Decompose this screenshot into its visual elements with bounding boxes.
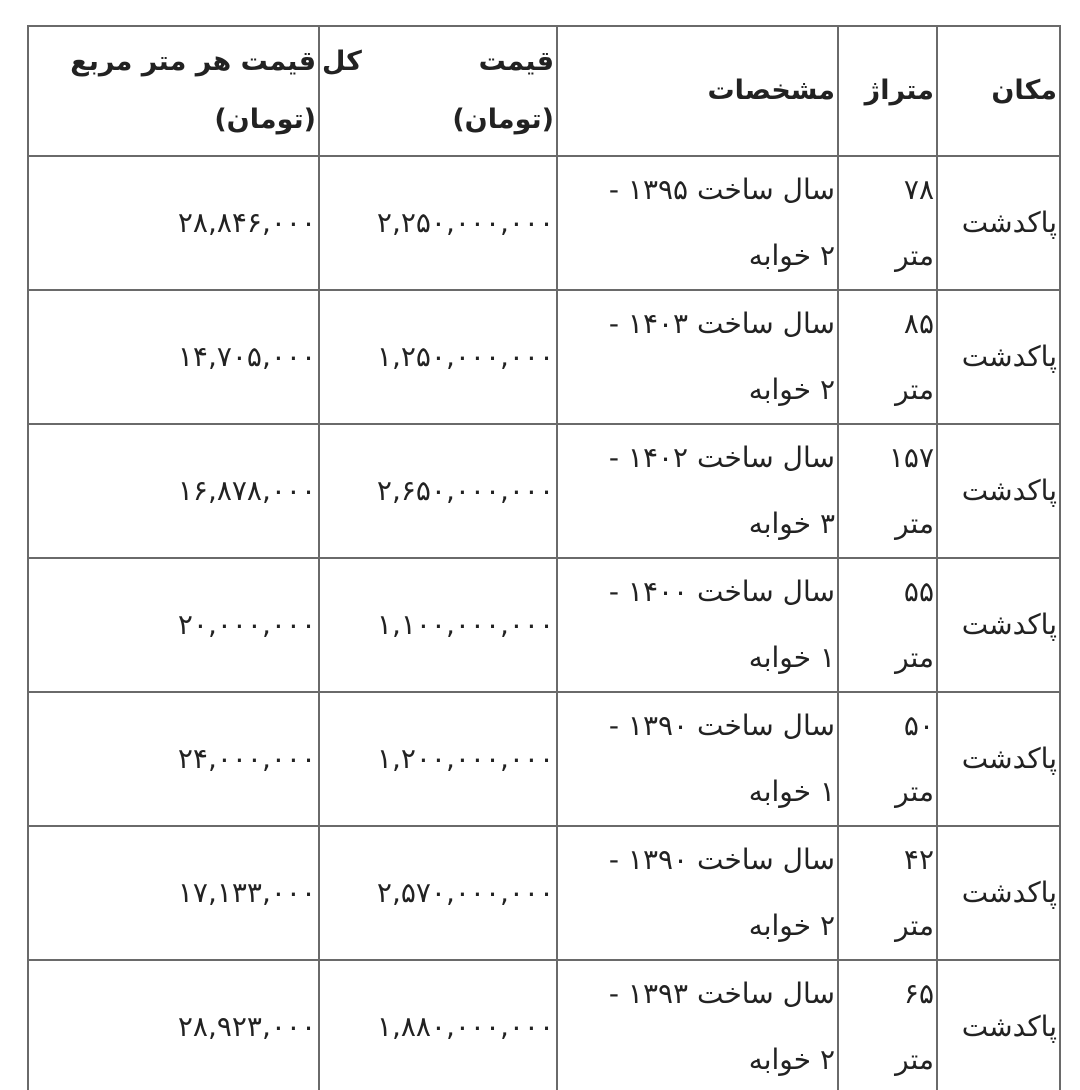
cell-specs: سال ساخت ۱۴۰۲ -۳ خوابه [557,424,838,558]
cell-location: پاکدشت [937,156,1060,290]
cell-location: پاکدشت [937,424,1060,558]
cell-area: ۵۰متر [838,692,937,826]
area-unit: متر [841,491,934,557]
cell-price-per-sqm: ۱۴,۷۰۵,۰۰۰ [28,290,319,424]
area-unit: متر [841,893,934,959]
table-row: پاکدشت ۶۵متر سال ساخت ۱۳۹۳ -۲ خوابه ۱,۸۸… [28,960,1060,1090]
cell-location: پاکدشت [937,692,1060,826]
header-price-per-sqm-label: قیمت هر متر مربع [31,33,316,91]
table-row: پاکدشت ۱۵۷متر سال ساخت ۱۴۰۲ -۳ خوابه ۲,۶… [28,424,1060,558]
header-area: متراژ [838,26,937,156]
header-price-per-sqm-unit: (تومان) [31,91,316,149]
area-value: ۷۸ [841,157,934,223]
header-total-price-line1: قیمت کل [322,33,554,91]
cell-specs: سال ساخت ۱۳۹۰ -۱ خوابه [557,692,838,826]
apartment-price-table: مکان متراژ مشخصات قیمت کل (تومان) قیمت ه… [27,25,1061,1090]
specs-build-year: سال ساخت ۱۴۰۲ - [560,425,835,491]
area-unit: متر [841,1027,934,1090]
area-value: ۸۵ [841,291,934,357]
area-unit: متر [841,759,934,825]
specs-build-year: سال ساخت ۱۳۹۳ - [560,961,835,1027]
specs-bedrooms: ۲ خوابه [560,893,835,959]
cell-area: ۸۵متر [838,290,937,424]
cell-area: ۴۲متر [838,826,937,960]
cell-location: پاکدشت [937,826,1060,960]
cell-specs: سال ساخت ۱۳۹۳ -۲ خوابه [557,960,838,1090]
header-row: مکان متراژ مشخصات قیمت کل (تومان) قیمت ه… [28,26,1060,156]
specs-bedrooms: ۱ خوابه [560,759,835,825]
cell-specs: سال ساخت ۱۴۰۰ -۱ خوابه [557,558,838,692]
table-row: پاکدشت ۷۸متر سال ساخت ۱۳۹۵ -۲ خوابه ۲,۲۵… [28,156,1060,290]
cell-price-per-sqm: ۲۸,۹۲۳,۰۰۰ [28,960,319,1090]
header-total-price: قیمت کل (تومان) [319,26,557,156]
specs-bedrooms: ۳ خوابه [560,491,835,557]
table-row: پاکدشت ۸۵متر سال ساخت ۱۴۰۳ -۲ خوابه ۱,۲۵… [28,290,1060,424]
area-unit: متر [841,223,934,289]
cell-price-per-sqm: ۲۰,۰۰۰,۰۰۰ [28,558,319,692]
header-price-per-sqm: قیمت هر متر مربع (تومان) [28,26,319,156]
cell-total-price: ۲,۵۷۰,۰۰۰,۰۰۰ [319,826,557,960]
cell-area: ۵۵متر [838,558,937,692]
header-specs: مشخصات [557,26,838,156]
cell-total-price: ۲,۶۵۰,۰۰۰,۰۰۰ [319,424,557,558]
specs-build-year: سال ساخت ۱۳۹۵ - [560,157,835,223]
cell-location: پاکدشت [937,558,1060,692]
cell-location: پاکدشت [937,290,1060,424]
specs-bedrooms: ۲ خوابه [560,223,835,289]
table-header: مکان متراژ مشخصات قیمت کل (تومان) قیمت ه… [28,26,1060,156]
area-value: ۶۵ [841,961,934,1027]
area-unit: متر [841,357,934,423]
header-location: مکان [937,26,1060,156]
cell-price-per-sqm: ۱۷,۱۳۳,۰۰۰ [28,826,319,960]
area-value: ۱۵۷ [841,425,934,491]
specs-bedrooms: ۱ خوابه [560,625,835,691]
cell-area: ۶۵متر [838,960,937,1090]
cell-total-price: ۱,۸۸۰,۰۰۰,۰۰۰ [319,960,557,1090]
specs-build-year: سال ساخت ۱۳۹۰ - [560,827,835,893]
table-row: پاکدشت ۴۲متر سال ساخت ۱۳۹۰ -۲ خوابه ۲,۵۷… [28,826,1060,960]
cell-specs: سال ساخت ۱۴۰۳ -۲ خوابه [557,290,838,424]
cell-specs: سال ساخت ۱۳۹۵ -۲ خوابه [557,156,838,290]
cell-area: ۷۸متر [838,156,937,290]
area-unit: متر [841,625,934,691]
cell-location: پاکدشت [937,960,1060,1090]
cell-total-price: ۲,۲۵۰,۰۰۰,۰۰۰ [319,156,557,290]
cell-price-per-sqm: ۲۸,۸۴۶,۰۰۰ [28,156,319,290]
cell-price-per-sqm: ۲۴,۰۰۰,۰۰۰ [28,692,319,826]
area-value: ۵۵ [841,559,934,625]
header-total-price-word-kol: کل [322,33,362,91]
cell-price-per-sqm: ۱۶,۸۷۸,۰۰۰ [28,424,319,558]
specs-bedrooms: ۲ خوابه [560,1027,835,1090]
table-body: پاکدشت ۷۸متر سال ساخت ۱۳۹۵ -۲ خوابه ۲,۲۵… [28,156,1060,1090]
specs-bedrooms: ۲ خوابه [560,357,835,423]
area-value: ۵۰ [841,693,934,759]
specs-build-year: سال ساخت ۱۴۰۳ - [560,291,835,357]
cell-area: ۱۵۷متر [838,424,937,558]
cell-total-price: ۱,۲۵۰,۰۰۰,۰۰۰ [319,290,557,424]
area-value: ۴۲ [841,827,934,893]
header-total-price-unit: (تومان) [322,91,554,149]
cell-total-price: ۱,۲۰۰,۰۰۰,۰۰۰ [319,692,557,826]
table-row: پاکدشت ۵۵متر سال ساخت ۱۴۰۰ -۱ خوابه ۱,۱۰… [28,558,1060,692]
header-total-price-word: قیمت [479,33,554,91]
cell-total-price: ۱,۱۰۰,۰۰۰,۰۰۰ [319,558,557,692]
table-row: پاکدشت ۵۰متر سال ساخت ۱۳۹۰ -۱ خوابه ۱,۲۰… [28,692,1060,826]
specs-build-year: سال ساخت ۱۳۹۰ - [560,693,835,759]
cell-specs: سال ساخت ۱۳۹۰ -۲ خوابه [557,826,838,960]
specs-build-year: سال ساخت ۱۴۰۰ - [560,559,835,625]
